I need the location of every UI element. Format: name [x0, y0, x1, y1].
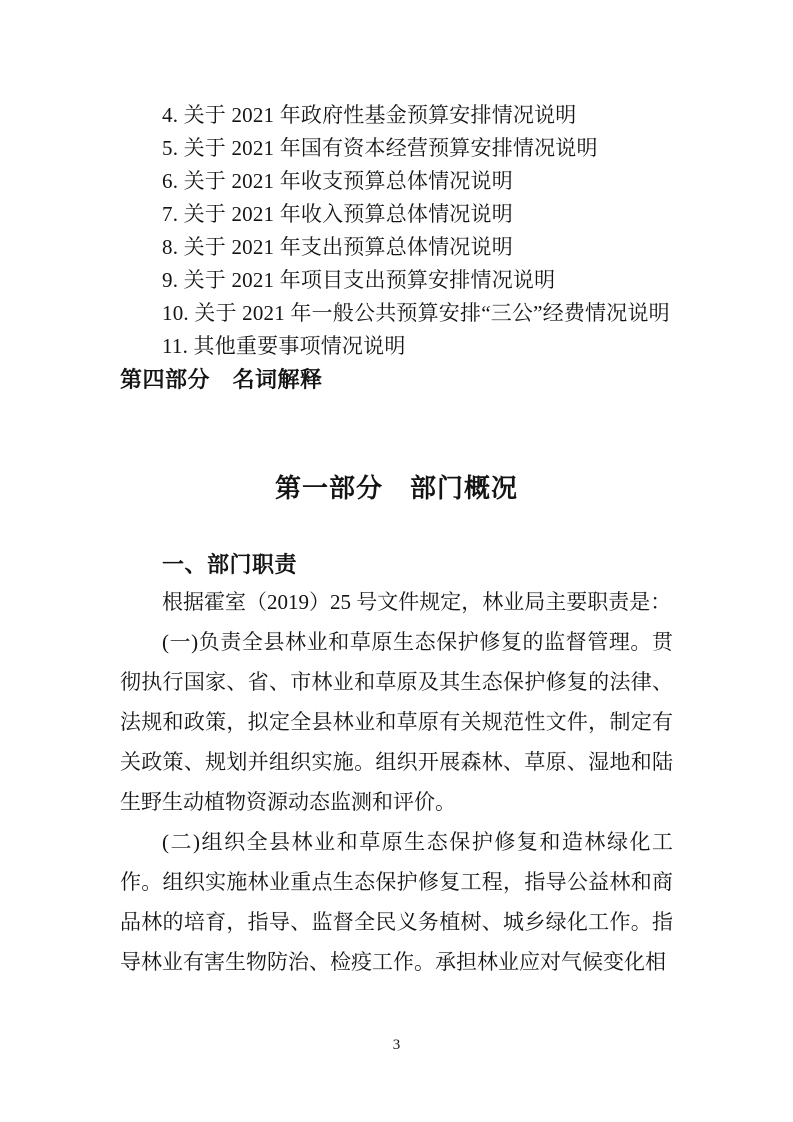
toc-item-10: 10. 关于 2021 年一般公共预算安排“三公”经费情况说明: [120, 297, 673, 330]
paragraph-duty-1: (一)负责全县林业和草原生态保护修复的监督管理。贯彻执行国家、省、市林业和草原及…: [120, 622, 673, 822]
part1-title: 第一部分 部门概况: [120, 468, 673, 508]
toc-item-8: 8. 关于 2021 年支出预算总体情况说明: [120, 231, 673, 264]
toc-part4-heading: 第四部分 名词解释: [120, 363, 673, 396]
page-footer: 3: [0, 1036, 793, 1054]
document-page: 4. 关于 2021 年政府性基金预算安排情况说明 5. 关于 2021 年国有…: [0, 0, 793, 1122]
table-of-contents: 4. 关于 2021 年政府性基金预算安排情况说明 5. 关于 2021 年国有…: [120, 99, 673, 396]
body-text: 根据霍室（2019）25 号文件规定，林业局主要职责是： (一)负责全县林业和草…: [120, 582, 673, 982]
toc-item-9: 9. 关于 2021 年项目支出预算安排情况说明: [120, 264, 673, 297]
toc-item-11: 11. 其他重要事项情况说明: [120, 330, 673, 363]
toc-item-6: 6. 关于 2021 年收支预算总体情况说明: [120, 165, 673, 198]
page-number: 3: [393, 1037, 401, 1053]
subsection-title-duties: 一、部门职责: [120, 545, 673, 585]
toc-item-5: 5. 关于 2021 年国有资本经营预算安排情况说明: [120, 132, 673, 165]
toc-item-4: 4. 关于 2021 年政府性基金预算安排情况说明: [120, 99, 673, 132]
paragraph-duty-2: (二)组织全县林业和草原生态保护修复和造林绿化工作。组织实施林业重点生态保护修复…: [120, 822, 673, 982]
paragraph-intro: 根据霍室（2019）25 号文件规定，林业局主要职责是：: [120, 582, 673, 622]
toc-item-7: 7. 关于 2021 年收入预算总体情况说明: [120, 198, 673, 231]
